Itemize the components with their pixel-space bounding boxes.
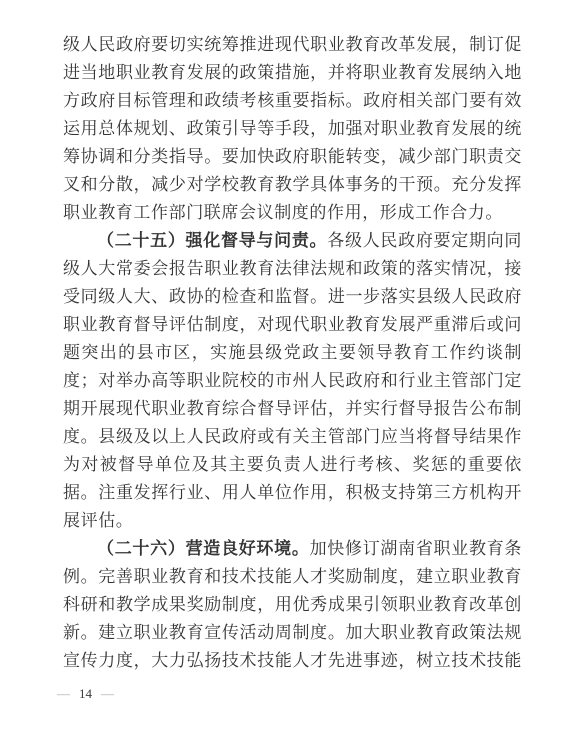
page-number: —14— xyxy=(57,686,114,702)
document-page: 级人民政府要切实统筹推进现代职业教育改革发展，制订促进当地职业教育发展的政策措施… xyxy=(0,0,585,729)
paragraph-text: 级人民政府要切实统筹推进现代职业教育改革发展，制订促进当地职业教育发展的政策措施… xyxy=(63,35,522,222)
section-25-heading: （二十五）强化督导与问责。 xyxy=(97,231,327,250)
paragraph-text: 加快修订湖南省职业教育条例。完善职业教育和技术技能人才奖励制度，建立职业教育科研… xyxy=(63,539,522,670)
page-number-dash-left: — xyxy=(57,686,70,701)
paragraph-text: 各级人民政府要定期向同级人大常委会报告职业教育法律法规和政策的落实情况，接受同级… xyxy=(63,231,522,530)
page-number-value: 14 xyxy=(70,686,101,701)
paragraph-continuation: 级人民政府要切实统筹推进现代职业教育改革发展，制订促进当地职业教育发展的政策措施… xyxy=(63,31,522,227)
document-body: 级人民政府要切实统筹推进现代职业教育改革发展，制订促进当地职业教育发展的政策措施… xyxy=(63,31,522,675)
paragraph-section-26: （二十六）营造良好环境。加快修订湖南省职业教育条例。完善职业教育和技术技能人才奖… xyxy=(63,535,522,675)
paragraph-section-25: （二十五）强化督导与问责。各级人民政府要定期向同级人大常委会报告职业教育法律法规… xyxy=(63,227,522,535)
page-number-dash-right: — xyxy=(101,686,114,701)
section-26-heading: （二十六）营造良好环境。 xyxy=(97,539,310,558)
